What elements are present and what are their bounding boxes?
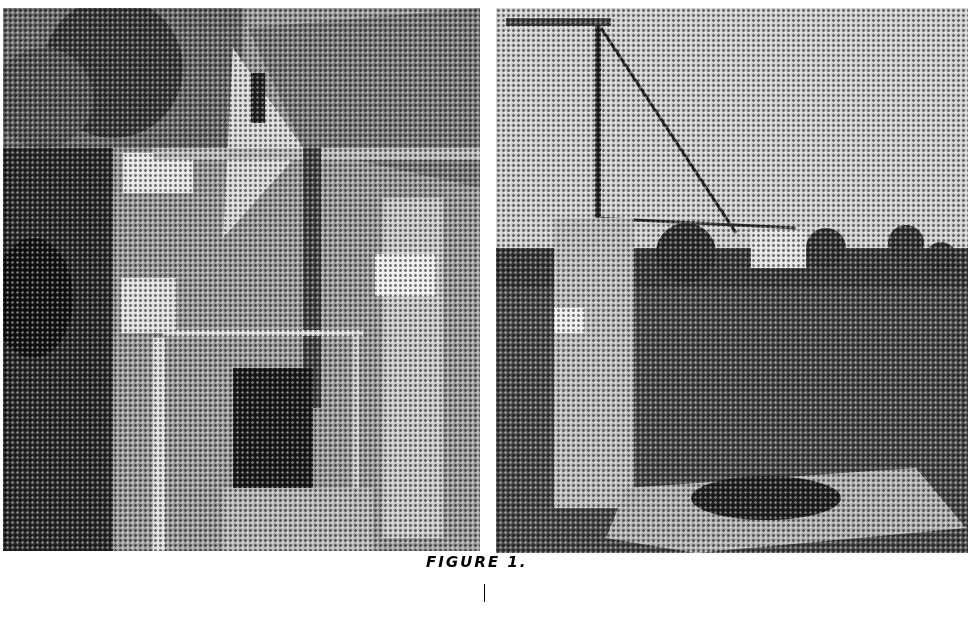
photo-left-scene [3, 8, 480, 551]
photo-left-farm-building [3, 8, 480, 551]
photo-right-scene [496, 8, 968, 553]
figure-caption: FIGURE 1. [426, 553, 566, 571]
photo-right-pier-and-tank [496, 8, 968, 553]
page-mark [484, 584, 485, 602]
